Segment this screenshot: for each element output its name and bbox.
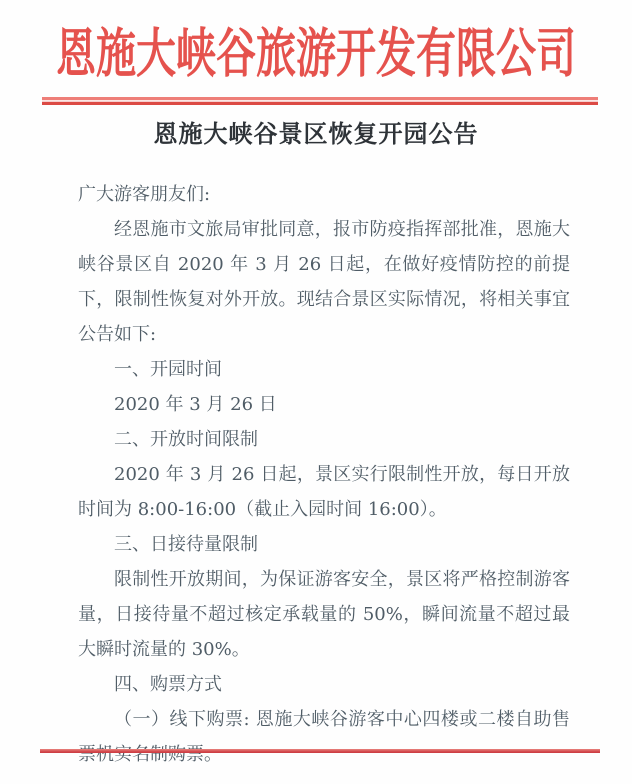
letterhead-divider-line [42,97,598,105]
document-title: 恩施大峡谷景区恢复开园公告 [0,114,632,149]
section-heading-1: 一、开园时间 [78,352,570,387]
section-heading-3: 三、日接待量限制 [78,527,570,562]
section-heading-4: 四、购票方式 [78,667,570,702]
salutation: 广大游客朋友们: [78,177,570,212]
document-page: 恩施大峡谷旅游开发有限公司 恩施大峡谷景区恢复开园公告 广大游客朋友们: 经恩施… [0,0,632,784]
paragraph-ticket-purchase: （一）线下购票: 恩施大峡谷游客中心四楼或二楼自助售票机实名制购票。 [78,702,570,772]
letterhead-company-name: 恩施大峡谷旅游开发有限公司 [0,12,632,87]
paragraph-intro: 经恩施市文旅局审批同意，报市防疫指挥部批准，恩施大峡谷景区自 2020 年 3 … [78,212,570,352]
footer-divider-line [40,749,600,753]
paragraph-opening-hours: 2020 年 3 月 26 日起，景区实行限制性开放，每日开放时间为 8:00-… [78,457,570,527]
section-heading-2: 二、开放时间限制 [78,422,570,457]
paragraph-opening-date: 2020 年 3 月 26 日 [78,387,570,422]
paragraph-capacity-limit: 限制性开放期间，为保证游客安全，景区将严格控制游客量，日接待量不超过核定承载量的… [78,562,570,667]
document-body: 广大游客朋友们: 经恩施市文旅局审批同意，报市防疫指挥部批准，恩施大峡谷景区自 … [78,177,570,772]
